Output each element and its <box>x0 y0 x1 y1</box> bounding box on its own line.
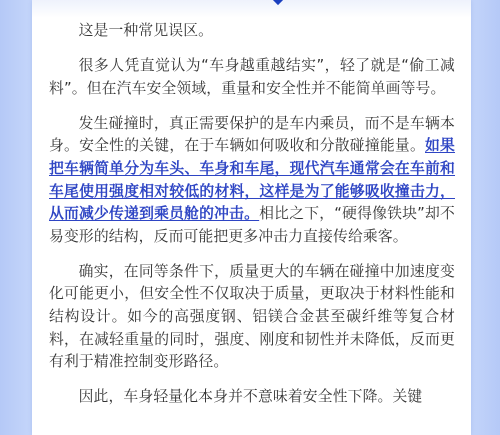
paragraph-3: 发生碰撞时，真正需要保护的是车内乘员，而不是车辆本身。安全性的关键，在于车辆如何… <box>49 113 455 249</box>
article-card: 这是一种常见误区。 很多人凭直觉认为“车身越重越结实”，轻了就是“偷工减料”。但… <box>32 0 471 435</box>
paragraph-1: 这是一种常见误区。 <box>49 20 455 43</box>
card-top-fade <box>32 0 471 18</box>
article-body: 这是一种常见误区。 很多人凭直觉认为“车身越重越结实”，轻了就是“偷工减料”。但… <box>49 20 455 421</box>
paragraph-3-lead: 发生碰撞时，真正需要保护的是车内乘员，而不是车辆本身。安全性的关键，在于车辆如何… <box>49 115 455 155</box>
paragraph-2: 很多人凭直觉认为“车身越重越结实”，轻了就是“偷工减料”。但在汽车安全领域，重量… <box>49 55 455 100</box>
paragraph-5: 因此，车身轻量化本身并不意味着安全性下降。关键 <box>49 386 455 409</box>
paragraph-4: 确实，在同等条件下，质量更大的车辆在碰撞中加速度变化可能更小，但安全性不仅取决于… <box>49 261 455 374</box>
